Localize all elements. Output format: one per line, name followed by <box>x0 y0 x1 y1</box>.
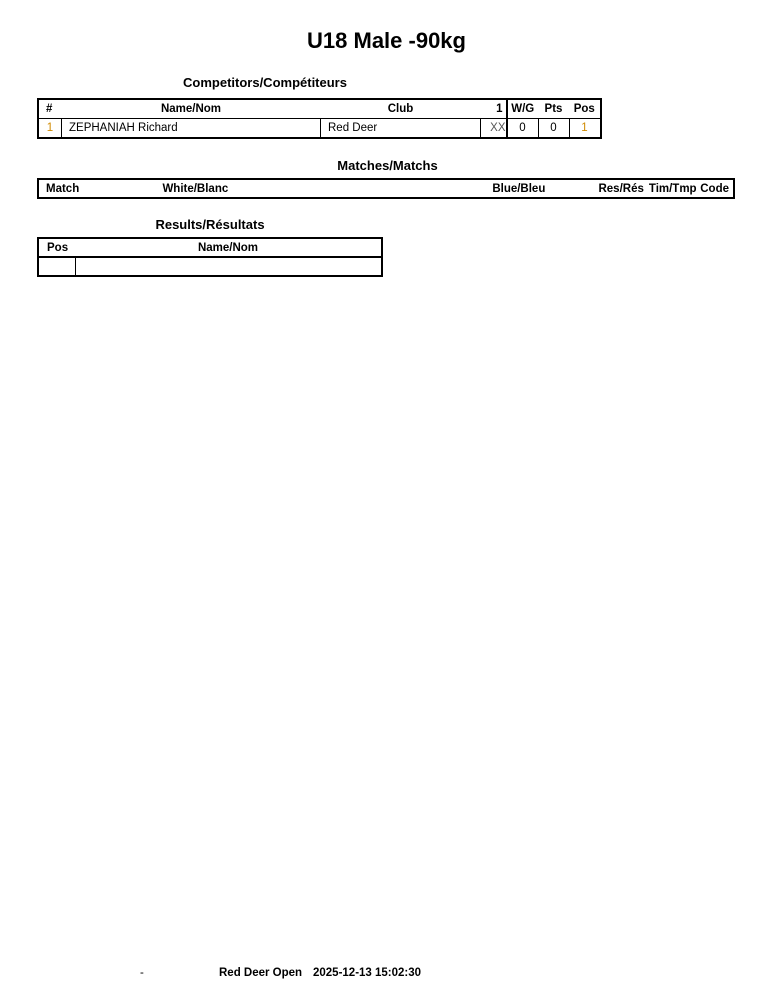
col-time: Tim/Tmp <box>649 179 700 198</box>
page-title: U18 Male -90kg <box>0 28 765 54</box>
col-num: # <box>38 99 62 119</box>
col-opponent-1: 1 <box>481 99 507 119</box>
col-white: White/Blanc <box>110 179 325 198</box>
col-result: Res/Rés <box>545 179 649 198</box>
results-table: Pos Name/Nom <box>37 237 383 277</box>
footer-left: - <box>140 967 144 979</box>
col-points: Pts <box>538 99 569 119</box>
table-row <box>38 257 382 276</box>
competitor-club: Red Deer <box>321 119 481 139</box>
col-code: Code <box>700 179 734 198</box>
competitor-position: 1 <box>569 119 601 139</box>
competitor-name: ZEPHANIAH Richard <box>62 119 321 139</box>
col-name: Name/Nom <box>62 99 321 119</box>
col-result-name: Name/Nom <box>75 238 382 257</box>
footer-event: Red Deer Open <box>219 967 302 979</box>
footer-timestamp: 2025-12-13 15:02:30 <box>313 967 421 979</box>
result-name <box>75 257 382 276</box>
col-club: Club <box>321 99 481 119</box>
table-row: 1 ZEPHANIAH Richard Red Deer XX 0 0 1 <box>38 119 601 139</box>
competitors-table: # Name/Nom Club 1 W/G Pts Pos 1 ZEPHANIA… <box>37 98 602 139</box>
col-wins: W/G <box>507 99 539 119</box>
matches-table: Match White/Blanc Blue/Bleu Res/Rés Tim/… <box>37 178 735 199</box>
competitor-vs-1: XX <box>481 119 507 139</box>
competitor-wins: 0 <box>507 119 539 139</box>
competitor-number: 1 <box>38 119 62 139</box>
col-blue: Blue/Bleu <box>325 179 545 198</box>
table-header-row: Pos Name/Nom <box>38 238 382 257</box>
col-position: Pos <box>569 99 601 119</box>
table-header-row: Match White/Blanc Blue/Bleu Res/Rés Tim/… <box>38 179 734 198</box>
matches-heading: Matches/Matchs <box>290 158 485 173</box>
table-header-row: # Name/Nom Club 1 W/G Pts Pos <box>38 99 601 119</box>
result-position <box>38 257 75 276</box>
competitor-points: 0 <box>538 119 569 139</box>
col-match: Match <box>38 179 110 198</box>
competitors-heading: Competitors/Compétiteurs <box>140 75 390 90</box>
col-result-position: Pos <box>38 238 75 257</box>
results-heading: Results/Résultats <box>110 217 310 232</box>
